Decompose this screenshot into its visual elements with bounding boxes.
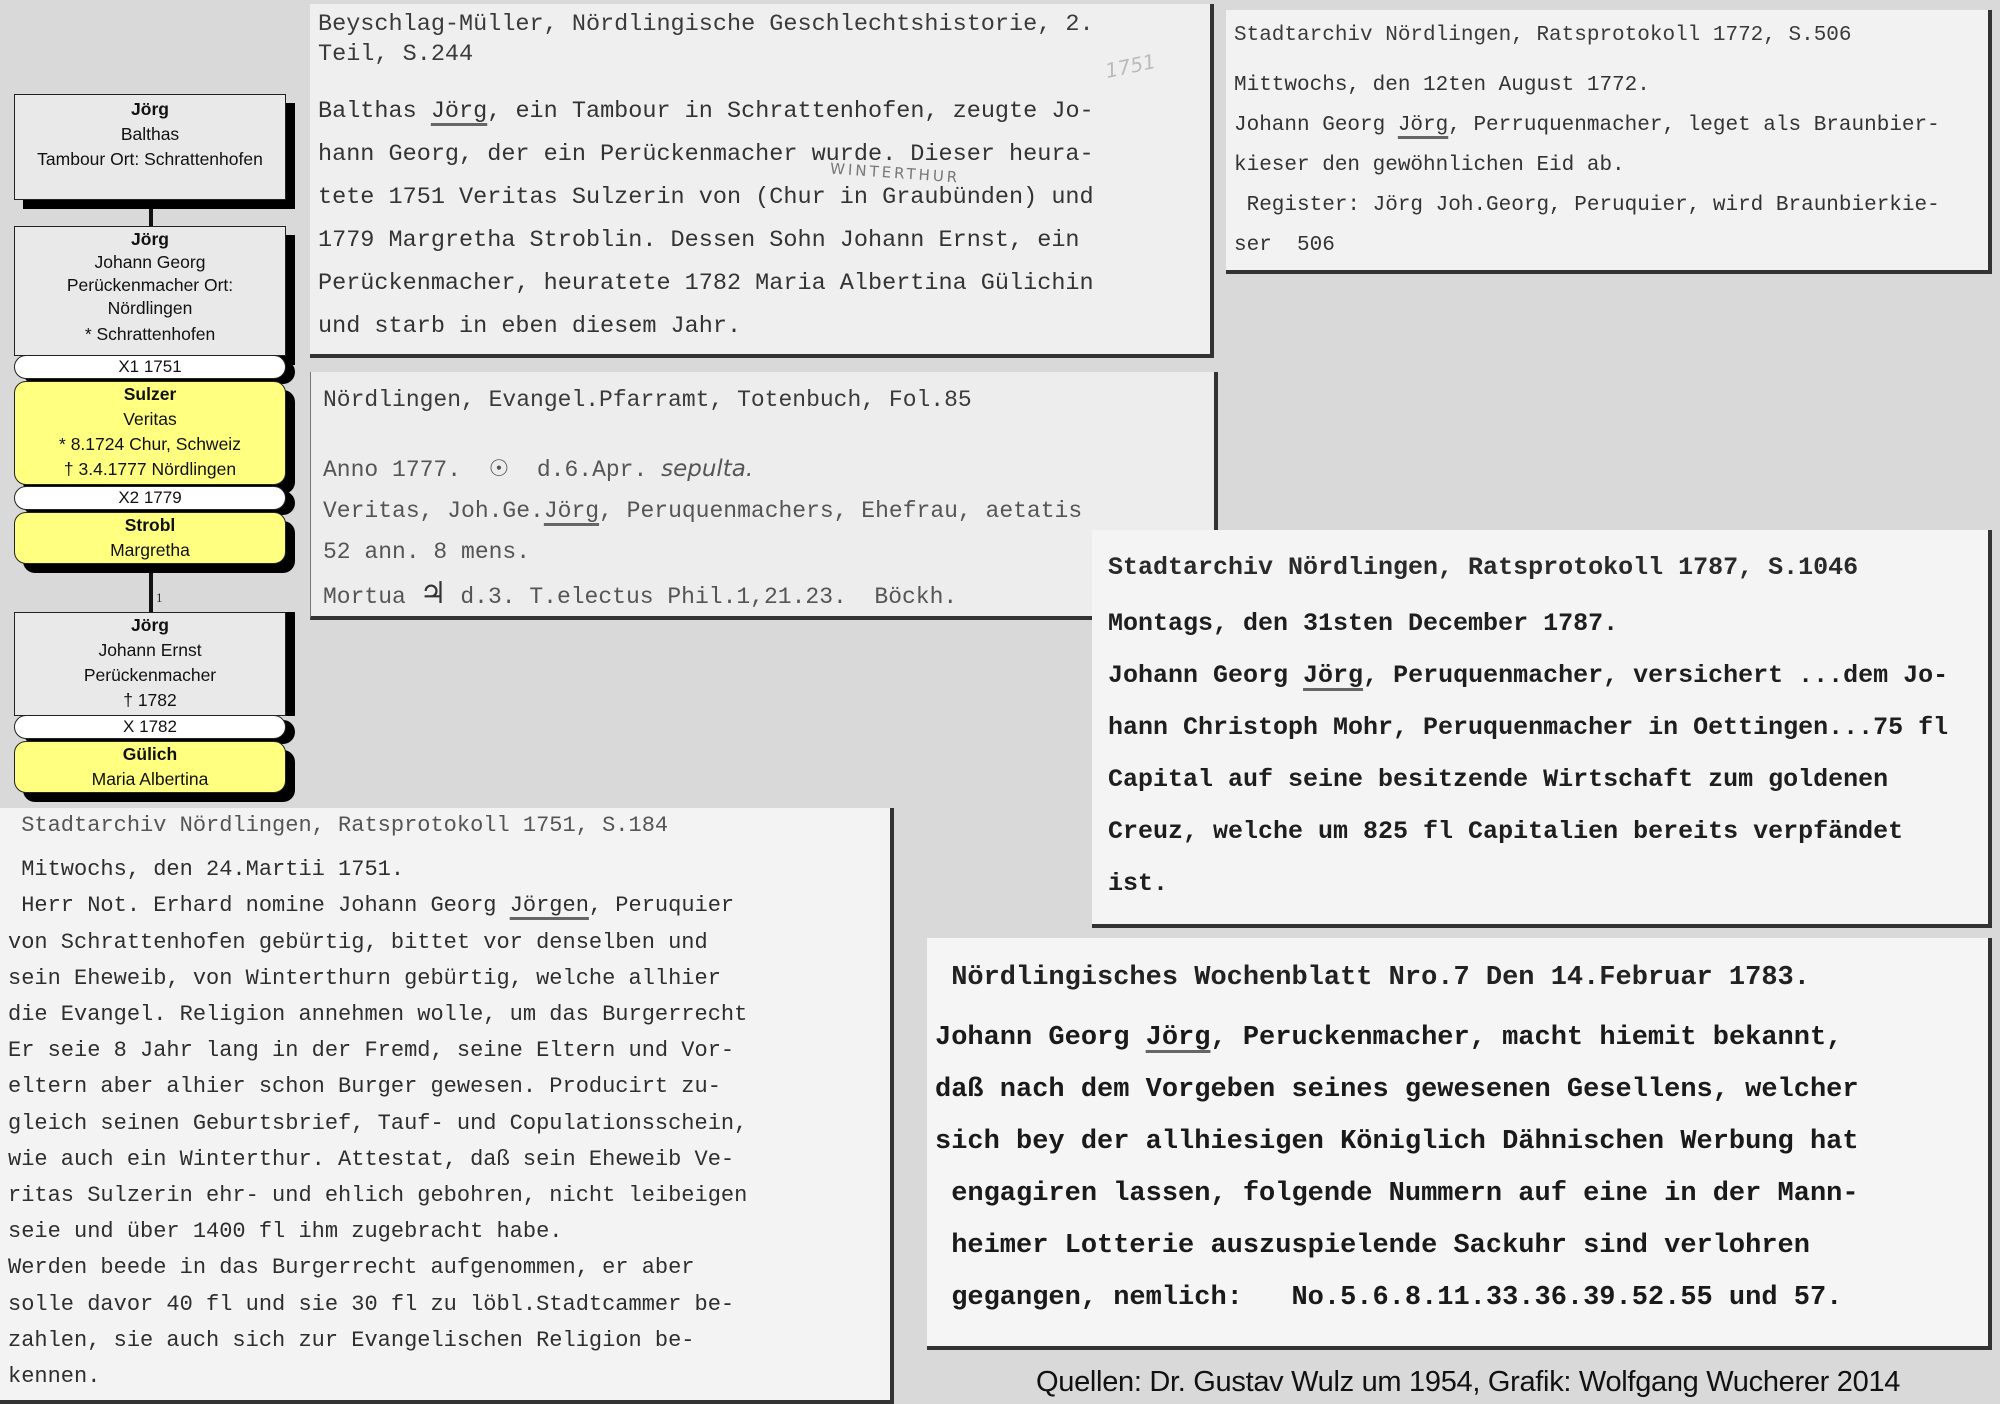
person-surname: Sulzer [15, 382, 285, 407]
text-segment: , Peruquier [589, 893, 734, 918]
text-segment: Johann Georg [1108, 661, 1303, 690]
handwritten-annotation: sepulta. [661, 456, 753, 482]
text-line: die Evangel. Religion annehmen wolle, um… [8, 997, 880, 1033]
person-given-name: Maria Albertina [15, 767, 285, 792]
text-line: kennen. [8, 1359, 880, 1395]
source-credits: Quellen: Dr. Gustav Wulz um 1954, Grafik… [1036, 1366, 1900, 1399]
text-line: wie auch ein Winterthur. Attestat, daß s… [8, 1142, 880, 1178]
person-given-name: Johann Ernst [15, 638, 285, 663]
sun-symbol-icon: ☉ [489, 456, 510, 482]
highlighted-name: Jörg [1303, 661, 1363, 690]
text-line: Anno 1777. ☉ d.6.Apr. sepulta. [323, 449, 1202, 491]
person-occupation: Tambour Ort: Schrattenhofen [15, 147, 285, 172]
person-surname: Strobl [15, 513, 285, 538]
text-line: seie und über 1400 fl ihm zugebracht hab… [8, 1214, 880, 1250]
text-line: tete 1751 Veritas Sulzerin von (Chur in … [318, 176, 1202, 219]
person-box-maria-albertina-guelich[interactable]: Gülich Maria Albertina [14, 741, 286, 793]
text-segment: Herr Not. Erhard nomine Johann Georg [8, 893, 510, 918]
text-segment: Balthas [318, 98, 431, 125]
text-line: Herr Not. Erhard nomine Johann Georg Jör… [8, 888, 880, 924]
highlighted-name: Jörg [1146, 1023, 1211, 1053]
source-title: Stadtarchiv Nördlingen, Ratsprotokoll 17… [8, 808, 880, 844]
text-line: Perückenmacher, heuratete 1782 Maria Alb… [318, 262, 1202, 305]
text-line: zahlen, sie auch sich zur Evangelischen … [8, 1323, 880, 1359]
text-line: Mortua ♃ d.3. T.electus Phil.1,21.23. Bö… [323, 573, 1202, 618]
source-card-ratsprotokoll-1772: Stadtarchiv Nördlingen, Ratsprotokoll 17… [1226, 10, 1992, 274]
tree-connector [149, 200, 153, 226]
text-line: Balthas Jörg, ein Tambour in Schrattenho… [318, 90, 1202, 133]
text-line: Mittwochs, den 12ten August 1772. [1234, 66, 1980, 106]
text-line: und starb in eben diesem Jahr. [318, 305, 1202, 348]
text-segment: , Peruckenmacher, macht hiemit bekannt, [1210, 1023, 1842, 1053]
source-card-beyschlag-mueller: Beyschlag-Müller, Nördlingische Geschlec… [310, 4, 1214, 358]
text-line: Johann Georg Jörg, Peruquenmacher, versi… [1108, 650, 1972, 702]
source-card-ratsprotokoll-1751: Stadtarchiv Nördlingen, Ratsprotokoll 17… [0, 808, 894, 1404]
text-line: sich bey der allhiesigen Königlich Dähni… [935, 1116, 1980, 1168]
text-line: Werden beede in das Burgerrecht aufgenom… [8, 1250, 880, 1286]
person-box-balthas-joerg[interactable]: Jörg Balthas Tambour Ort: Schrattenhofen [14, 94, 286, 200]
child-marker: 1 [156, 590, 163, 606]
text-line: ritas Sulzerin ehr- und ehlich gebohren,… [8, 1178, 880, 1214]
text-segment: d.6.Apr. [509, 457, 661, 483]
text-line: ist. [1108, 858, 1972, 910]
text-segment: , ein Tambour in Schrattenhofen, zeugte … [487, 98, 1093, 125]
text-line: Johann Georg Jörg, Peruckenmacher, macht… [935, 1012, 1980, 1064]
text-segment: Johann Georg [1234, 114, 1398, 137]
tree-connector [149, 560, 153, 612]
person-surname: Jörg [15, 97, 285, 122]
person-death: † 1782 [15, 688, 285, 713]
person-box-johann-georg-joerg[interactable]: Jörg Johann Georg Perückenmacher Ort: Nö… [14, 226, 286, 356]
person-box-johann-ernst-joerg[interactable]: Jörg Johann Ernst Perückenmacher † 1782 [14, 612, 286, 716]
text-line: Register: Jörg Joh.Georg, Peruquier, wir… [1234, 186, 1980, 226]
text-segment: d.3. T.electus Phil.1,21.23. Böckh. [447, 584, 958, 610]
text-line: Veritas, Joh.Ge.Jörg, Peruquenmachers, E… [323, 491, 1202, 532]
text-line: Er seie 8 Jahr lang in der Fremd, seine … [8, 1033, 880, 1069]
person-box-veritas-sulzer[interactable]: Sulzer Veritas * 8.1724 Chur, Schweiz † … [14, 381, 286, 485]
text-segment: Johann Georg [935, 1023, 1146, 1053]
text-segment: , Peruquenmacher, versichert ...dem Jo- [1363, 661, 1948, 690]
person-surname: Jörg [15, 613, 285, 638]
text-line: hann Christoph Mohr, Peruquenmacher in O… [1108, 702, 1972, 754]
person-occupation: Perückenmacher Ort: [15, 274, 285, 297]
text-line: ser 506 [1234, 226, 1980, 266]
person-box-margretha-strobl[interactable]: Strobl Margretha [14, 512, 286, 564]
text-line: sein Eheweib, von Winterthurn gebürtig, … [8, 961, 880, 997]
text-segment: , Perruquenmacher, leget als Braunbier- [1448, 114, 1939, 137]
text-line: Montags, den 31sten December 1787. [1108, 598, 1972, 650]
marriage-pill-3: X 1782 [14, 715, 286, 739]
highlighted-name: Jörgen [510, 893, 589, 918]
person-place: Nördlingen [15, 297, 285, 320]
person-birthplace: * Schrattenhofen [15, 323, 285, 346]
source-card-ratsprotokoll-1787: Stadtarchiv Nördlingen, Ratsprotokoll 17… [1092, 530, 1992, 928]
highlighted-name: Jörg [431, 98, 487, 125]
text-line: von Schrattenhofen gebürtig, bittet vor … [8, 925, 880, 961]
source-title: Beyschlag-Müller, Nördlingische Geschlec… [318, 10, 1202, 40]
highlighted-name: Jörg [1398, 114, 1448, 137]
person-given-name: Balthas [15, 122, 285, 147]
person-surname: Gülich [15, 742, 285, 767]
person-surname: Jörg [15, 228, 285, 251]
marriage-pill-1: X1 1751 [14, 355, 286, 379]
text-line: daß nach dem Vorgeben seines gewesenen G… [935, 1064, 1980, 1116]
text-line: heimer Lotterie auszuspielende Sackuhr s… [935, 1220, 1980, 1272]
text-line: hann Georg, der ein Perückenmacher wurde… [318, 133, 1202, 176]
source-card-totenbuch: Nördlingen, Evangel.Pfarramt, Totenbuch,… [310, 372, 1218, 620]
source-title: Stadtarchiv Nördlingen, Ratsprotokoll 17… [1108, 542, 1972, 594]
text-line: gegangen, nemlich: No.5.6.8.11.33.36.39.… [935, 1272, 1980, 1324]
person-given-name: Johann Georg [15, 251, 285, 274]
text-line: Mitwochs, den 24.Martii 1751. [8, 852, 880, 888]
marriage-pill-2: X2 1779 [14, 486, 286, 510]
source-card-wochenblatt-1783: Nördlingisches Wochenblatt Nro.7 Den 14.… [927, 938, 1992, 1350]
person-birth: * 8.1724 Chur, Schweiz [15, 432, 285, 457]
person-given-name: Veritas [15, 407, 285, 432]
text-segment: , Peruquenmachers, Ehefrau, aetatis [599, 498, 1082, 524]
text-line: Johann Georg Jörg, Perruquenmacher, lege… [1234, 106, 1980, 146]
text-line: 52 ann. 8 mens. [323, 532, 1202, 573]
person-given-name: Margretha [15, 538, 285, 563]
source-title: Nördlingisches Wochenblatt Nro.7 Den 14.… [935, 952, 1980, 1004]
text-line: 1779 Margretha Stroblin. Dessen Sohn Joh… [318, 219, 1202, 262]
highlighted-name: Jörg [544, 498, 599, 524]
text-line: Creuz, welche um 825 fl Capitalien berei… [1108, 806, 1972, 858]
text-line: eltern aber alhier schon Burger gewesen.… [8, 1069, 880, 1105]
text-line: gleich seinen Geburtsbrief, Tauf- und Co… [8, 1106, 880, 1142]
text-line: kieser den gewöhnlichen Eid ab. [1234, 146, 1980, 186]
text-segment: Veritas, Joh.Ge. [323, 498, 544, 524]
text-segment: Mortua [323, 584, 420, 610]
source-title: Stadtarchiv Nördlingen, Ratsprotokoll 17… [1234, 16, 1980, 56]
text-line: engagiren lassen, folgende Nummern auf e… [935, 1168, 1980, 1220]
jupiter-symbol-icon: ♃ [420, 576, 447, 611]
source-title: Teil, S.244 [318, 40, 1202, 70]
source-title: Nördlingen, Evangel.Pfarramt, Totenbuch,… [323, 380, 1202, 421]
person-death: † 3.4.1777 Nördlingen [15, 457, 285, 482]
text-line: Capital auf seine besitzende Wirtschaft … [1108, 754, 1972, 806]
person-occupation: Perückenmacher [15, 663, 285, 688]
family-tree: 1 Jörg Balthas Tambour Ort: Schrattenhof… [0, 0, 300, 800]
text-segment: Anno 1777. [323, 457, 489, 483]
text-line: solle davor 40 fl und sie 30 fl zu löbl.… [8, 1287, 880, 1323]
